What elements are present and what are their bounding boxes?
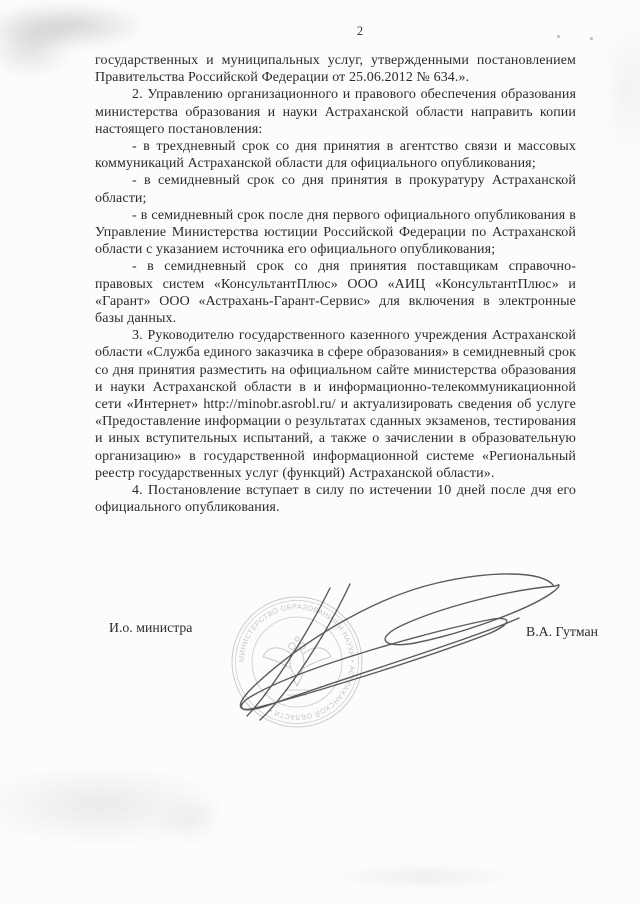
- paragraph-8: 4. Постановление вступает в силу по исте…: [95, 482, 576, 516]
- paragraph-7: 3. Руководителю государственного казенно…: [95, 327, 576, 482]
- scan-dot: [590, 37, 593, 40]
- paragraph-6: - в семидневный срок со дня принятия пос…: [95, 258, 576, 327]
- scan-noise: [0, 765, 225, 845]
- document-page: 2 государственных и муниципальных услуг,…: [0, 0, 640, 905]
- paragraph-2: 2. Управлению организационного и правово…: [95, 86, 576, 138]
- scan-noise: [330, 864, 520, 890]
- paragraph-3: - в трехдневный срок со дня принятия в а…: [95, 138, 576, 172]
- scan-noise: [600, 20, 640, 160]
- paragraph-4: - в семидневный срок со дня принятия в п…: [95, 172, 576, 206]
- paragraph-1: государственных и муниципальных услуг, у…: [95, 52, 576, 86]
- scan-noise: [155, 795, 225, 845]
- signatory-title: И.о. министра: [109, 620, 192, 636]
- scan-noise: [0, 2, 150, 50]
- scan-dot: [557, 35, 560, 38]
- paragraph-5: - в семидневный срок после дня первого о…: [95, 207, 576, 259]
- document-body: государственных и муниципальных услуг, у…: [95, 52, 576, 516]
- scan-noise: [0, 18, 75, 78]
- page-number: 2: [340, 24, 380, 39]
- handwritten-signature: [200, 572, 580, 737]
